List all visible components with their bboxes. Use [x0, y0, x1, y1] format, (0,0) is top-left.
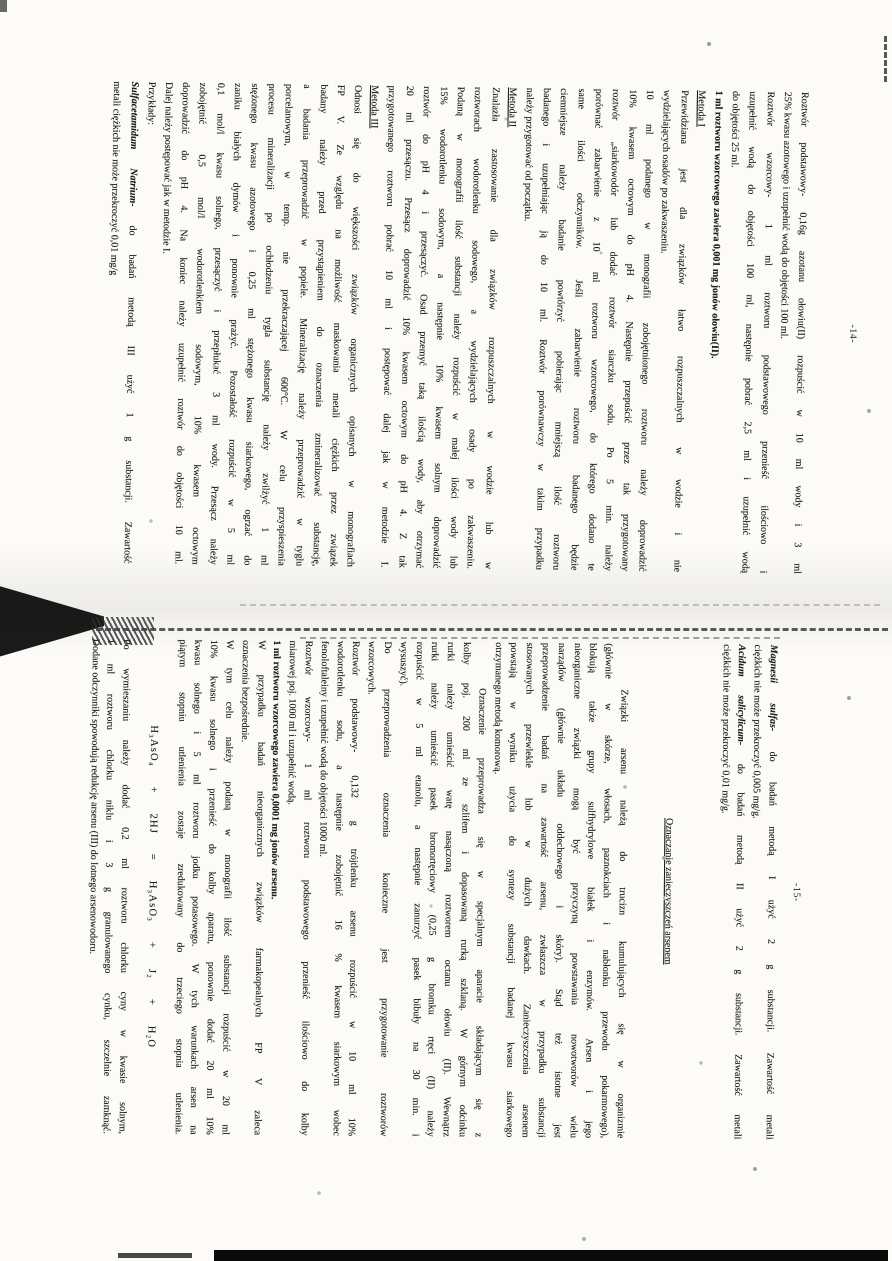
page-15-number: -15- [787, 645, 806, 1140]
page-14-number: -14- [841, 93, 864, 575]
bottom-scan-dash [118, 1253, 192, 1258]
spine-secondary-line [300, 637, 780, 639]
bottom-scan-bar [214, 1250, 888, 1261]
spine-hatch [92, 617, 154, 645]
substance-name: Acidum salicylicum- [736, 644, 748, 745]
book-scan: -14- Roztwór podstawowy- 0,16g azotanu o… [0, 0, 892, 1261]
page-15-text: Magnesii sulfas- do badań metodą I użyć … [82, 639, 781, 1140]
spine-dashed-line [96, 628, 888, 631]
scan-speckles [0, 0, 2, 2]
spine-faint-line [240, 604, 880, 606]
edge-artifact [884, 36, 887, 82]
substance-name: Magnesii sulfas- [767, 645, 779, 732]
page-15: -15- Magnesii sulfas- do badań metodą I … [88, 639, 806, 1140]
blank-line [628, 643, 662, 1138]
blank-line [673, 644, 717, 1139]
substance-name: Sulfacetamidum Natrium- [127, 81, 140, 206]
page-14-text: Roztwór podstawowy- 0,16g azotanu ołowiu… [101, 81, 813, 574]
page-14: -14- Roztwór podstawowy- 0,16g azotanu o… [95, 81, 864, 575]
